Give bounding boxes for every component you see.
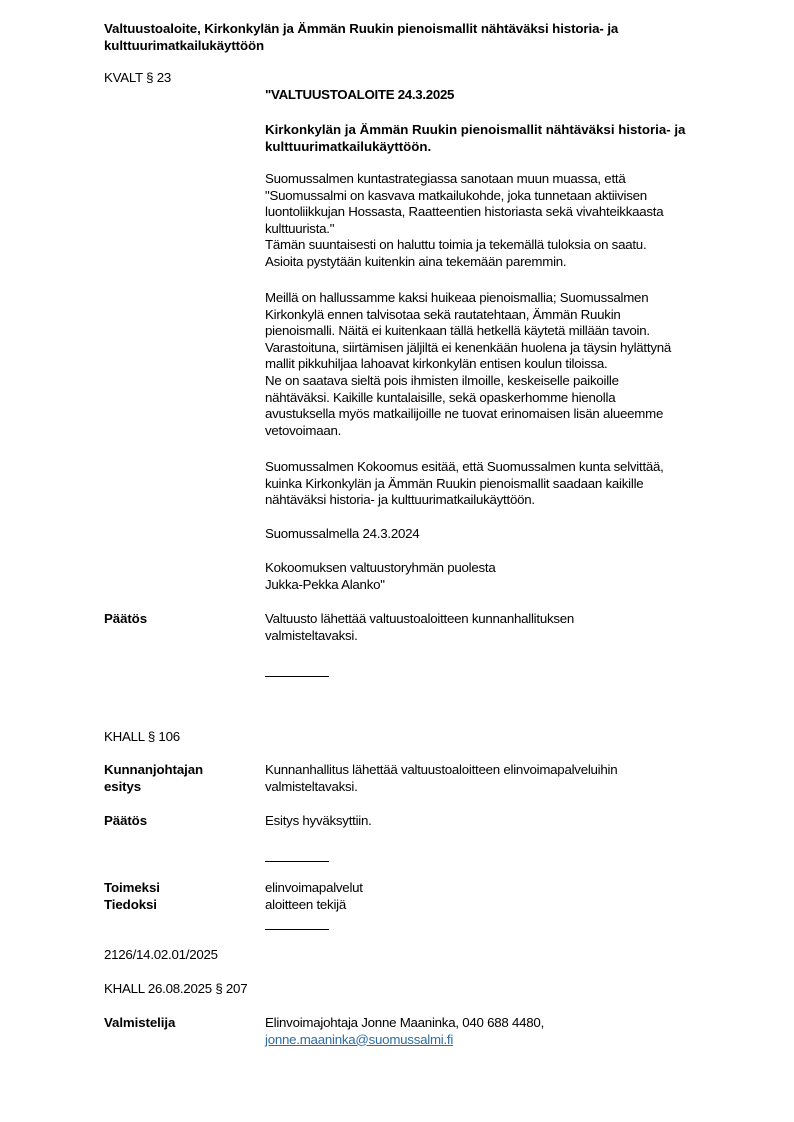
preparer-label: Valmistelija [104,1015,175,1032]
section-divider [265,929,329,930]
khall-decision-label: Päätös [104,813,147,830]
decision-line: Valtuusto lähettää valtuustoaloitteen ku… [265,611,745,628]
initiative-heading: "VALTUUSTOALOITE 24.3.2025 [265,87,745,104]
paragraph-line: Suomussalmen kuntastrategiassa sanotaan … [265,171,745,188]
khall-106-reference: KHALL § 106 [104,729,180,746]
paragraph-line: kulttuurista." [265,221,745,238]
proposal-line: Kunnanhallitus lähettää valtuustoaloitte… [265,762,745,779]
paragraph-line: vetovoimaan. [265,423,745,440]
initiative-paragraph-2: Meillä on hallussamme kaksi huikeaa pien… [265,290,745,439]
title-line-1: Valtuustoaloite, Kirkonkylän ja Ämmän Ru… [104,20,744,37]
paragraph-line: Suomussalmen Kokoomus esitää, että Suomu… [265,459,745,476]
document-title: Valtuustoaloite, Kirkonkylän ja Ämmän Ru… [104,20,744,54]
paragraph-line: Kirkonkylä ennen talvisotaa sekä rautate… [265,307,745,324]
for-action-label: Toimeksi [104,880,160,897]
paragraph-line: Tämän suuntaisesti on haluttu toimia ja … [265,237,745,254]
for-info-label: Tiedoksi [104,897,157,914]
proposal-line: valmisteltavaksi. [265,779,745,796]
section-divider [265,861,329,862]
signature: Kokoomuksen valtuustoryhmän puolesta Juk… [265,560,745,593]
paragraph-line: "Suomussalmi on kasvava matkailukohde, j… [265,188,745,205]
paragraph-line: Asioita pystytään kuitenkin aina tekemää… [265,254,745,271]
initiative-subject: Kirkonkylän ja Ämmän Ruukin pienoismalli… [265,121,745,155]
paragraph-line: Meillä on hallussamme kaksi huikeaa pien… [265,290,745,307]
khall-207-reference: KHALL 26.08.2025 § 207 [104,981,247,998]
khall-decision-text: Esitys hyväksyttiin. [265,813,745,830]
signature-line: Jukka-Pekka Alanko" [265,577,745,594]
place-date: Suomussalmella 24.3.2024 [265,526,745,543]
initiative-paragraph-1: Suomussalmen kuntastrategiassa sanotaan … [265,171,745,271]
paragraph-line: pienoismalli. Näitä ei kuitenkaan tällä … [265,323,745,340]
paragraph-line: luontoliikkujan Hossasta, Raatteentien h… [265,204,745,221]
preparer-text: Elinvoimajohtaja Jonne Maaninka, 040 688… [265,1015,745,1032]
record-number: 2126/14.02.01/2025 [104,947,218,964]
kvalt-reference: KVALT § 23 [104,70,171,87]
paragraph-line: mallit pikkuhiljaa lahoavat kirkonkylän … [265,356,745,373]
kvalt-decision-label: Päätös [104,611,147,628]
initiative-subject-line: Kirkonkylän ja Ämmän Ruukin pienoismalli… [265,121,745,138]
section-divider [265,676,329,677]
signature-line: Kokoomuksen valtuustoryhmän puolesta [265,560,745,577]
paragraph-line: nähtäväksi historia- ja kulttuurimatkail… [265,492,745,509]
proposal-label-line: esitys [104,779,203,796]
proposal-label-line: Kunnanjohtajan [104,762,203,779]
proposal-label: Kunnanjohtajan esitys [104,762,203,795]
initiative-paragraph-3: Suomussalmen Kokoomus esitää, että Suomu… [265,459,745,509]
proposal-text: Kunnanhallitus lähettää valtuustoaloitte… [265,762,745,795]
paragraph-line: kuinka Kirkonkylän ja Ämmän Ruukin pieno… [265,476,745,493]
paragraph-line: nähtäväksi. Kaikille kuntalaisille, sekä… [265,390,745,407]
preparer-email-link[interactable]: jonne.maaninka@suomussalmi.fi [265,1032,453,1047]
paragraph-line: Varastoituna, siirtämisen jäljiltä ei ke… [265,340,745,357]
paragraph-line: Ne on saatava sieltä pois ihmisten ilmoi… [265,373,745,390]
paragraph-line: avustuksella myös matkailijoille ne tuov… [265,406,745,423]
initiative-subject-line: kulttuurimatkailukäyttöön. [265,138,745,155]
preparer-info: Elinvoimajohtaja Jonne Maaninka, 040 688… [265,1015,745,1048]
for-action-value: elinvoimapalvelut [265,880,745,897]
kvalt-decision-text: Valtuusto lähettää valtuustoaloitteen ku… [265,611,745,644]
decision-line: valmisteltavaksi. [265,628,745,645]
for-info-value: aloitteen tekijä [265,897,745,914]
title-line-2: kulttuurimatkailukäyttöön [104,37,744,54]
